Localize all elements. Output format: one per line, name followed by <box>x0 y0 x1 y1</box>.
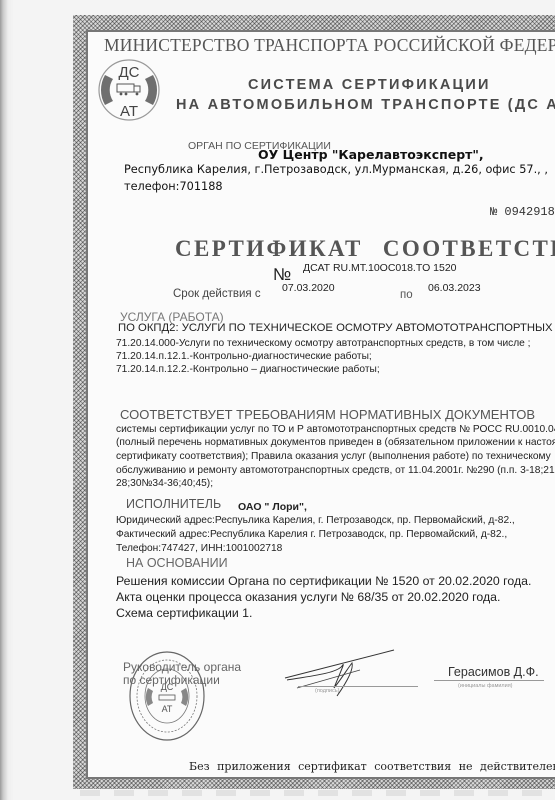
basis-label: НА ОСНОВАНИИ <box>126 556 228 570</box>
executor-line: Фактический адрес:Республика Карелия г. … <box>116 529 507 540</box>
system-title-line2: НА АВТОМОБИЛЬНОМ ТРАНСПОРТЕ (ДС АТ) <box>176 97 555 113</box>
dsat-logo-icon: ДС АТ <box>96 53 162 127</box>
certificate-title: СЕРТИФИКАТ СООТВЕТСТВИЯ <box>175 236 555 262</box>
service-line: 71.20.14.п.12.1.-Контрольно-диагностичес… <box>116 351 372 362</box>
executor-line: Телефон:747427, ИНН:1001002718 <box>116 543 282 554</box>
blank-number: № 0942918 <box>490 205 555 219</box>
conformity-label: СООТВЕТСТВУЕТ ТРЕБОВАНИЯМ НОРМАТИВНЫХ ДО… <box>120 407 535 422</box>
service-line: 71.20.14.п.12.2.-Контрольно – диагностич… <box>116 364 380 375</box>
executor-name: ОАО " Лори", <box>238 501 307 513</box>
signatory-label: по сертификации <box>123 673 220 687</box>
footer-note: Без приложения сертификат соответствия н… <box>189 760 555 773</box>
svg-text:ДС: ДС <box>119 64 140 81</box>
conformity-line: (полный перечень нормативных документов … <box>116 437 555 448</box>
signature-icon <box>282 648 397 698</box>
validity-from-date: 07.03.2020 <box>282 282 335 294</box>
validity-from-label: Срок действия с <box>173 288 261 300</box>
service-line: 71.20.14.000-Услуги по техническому осмо… <box>116 338 531 349</box>
organ-name: ОУ Центр "Карелавтоэксперт", <box>258 147 484 162</box>
service-heading: ПО ОКПД2: УСЛУГИ ПО ТЕХНИЧЕСКОЕ ОСМОТРУ … <box>118 322 555 334</box>
executor-label: ИСПОЛНИТЕЛЬ <box>126 497 221 511</box>
basis-line: Схема сертификации 1. <box>116 606 252 620</box>
certificate-number: ДСАТ RU.MT.10OC018.TO 1520 <box>303 262 457 274</box>
signature-line <box>298 686 418 687</box>
basis-line: Решения комиссии Органа по сертификации … <box>116 574 531 588</box>
signature-caption: (подпись) <box>315 688 339 694</box>
svg-text:АТ: АТ <box>120 103 138 120</box>
conformity-line: системы сертификации услуг по ТО и Р авт… <box>116 424 555 435</box>
scan-artifact <box>80 790 555 796</box>
basis-line: Акта оценки процесса оказания услуги № 6… <box>116 590 500 604</box>
name-line <box>434 680 544 681</box>
organ-phone: телефон:701188 <box>124 180 223 193</box>
validity-to-date: 06.03.2023 <box>428 282 481 294</box>
validity-to-label: по <box>400 289 413 301</box>
conformity-line: 28;30№34-36;40;45); <box>116 478 213 489</box>
executor-line: Юридический адрес:Респуьлика Карелия, г.… <box>116 515 515 526</box>
ministry-header: МИНИСТЕРСТВО ТРАНСПОРТА РОССИЙСКОЙ ФЕДЕР… <box>104 35 555 56</box>
signer-name: Герасимов Д.Ф. <box>448 665 539 679</box>
svg-text:АТ: АТ <box>162 704 173 714</box>
organ-address: Республика Карелия, г.Петрозаводск, ул.М… <box>124 163 548 176</box>
conformity-line: обслуживанию и ремонту автомототранспорт… <box>116 465 555 476</box>
scan-page-edge <box>0 0 14 800</box>
system-title-line1: СИСТЕМА СЕРТИФИКАЦИИ <box>248 77 491 93</box>
name-caption: (инициалы фамилия) <box>458 683 513 689</box>
conformity-line: сертификату соответствия); Правила оказа… <box>116 451 551 462</box>
signatory-label: Руководитель органа <box>123 660 241 674</box>
